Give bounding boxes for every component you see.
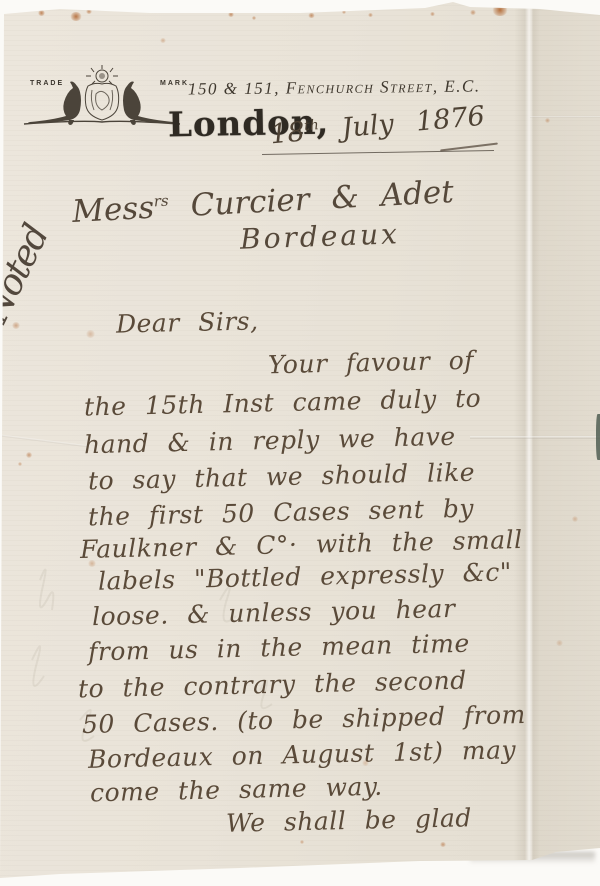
foxing-spot	[70, 12, 82, 21]
date-day-suffix: th	[303, 117, 319, 134]
recipient-company: Curcier & Adet	[190, 174, 455, 224]
foxing-spot	[572, 516, 578, 522]
foxing-spot	[362, 760, 369, 766]
body-line: come the same way.	[90, 772, 383, 808]
foxing-spot	[86, 330, 95, 338]
shield-cartouche	[85, 83, 118, 120]
foxing-spot	[440, 842, 446, 847]
diagonal-crease-left	[0, 435, 90, 448]
kangaroo-crest-icon	[22, 64, 182, 132]
body-line: hand & in reply we have	[84, 422, 456, 459]
foxing-spot	[492, 4, 508, 16]
foxing-spot	[12, 322, 20, 329]
right-edge-gap	[596, 414, 600, 460]
foxing-spot	[18, 462, 22, 466]
foxing-spot	[368, 13, 373, 17]
body-line: Your favour of	[268, 346, 475, 380]
trademark-crest: TRADE MARK.	[22, 64, 182, 132]
sun-icon	[86, 65, 118, 84]
fold-right-panel	[532, 0, 600, 886]
foxing-spot	[228, 12, 234, 17]
foxing-spot	[430, 12, 435, 16]
foxing-spot	[160, 38, 166, 43]
body-line: the 15th Inst came duly to	[84, 383, 482, 421]
recipient-prefix: Mess	[71, 190, 155, 230]
foxing-spot	[342, 10, 346, 14]
body-line: We shall be glad	[226, 803, 472, 838]
salutation: Dear Sirs,	[116, 306, 259, 338]
foxing-spot	[88, 560, 96, 567]
printed-date-rule	[262, 150, 494, 155]
recipient-city: Bordeaux	[239, 217, 400, 256]
body-line: to say that we should like	[88, 458, 476, 496]
letter-paper: TRADE MARK.	[0, 0, 600, 886]
kangaroo-icon-left	[28, 82, 81, 126]
foxing-spot	[556, 640, 563, 646]
horizontal-crease	[470, 436, 600, 439]
foxing-spot	[308, 13, 315, 18]
horizontal-crease-top	[530, 116, 600, 118]
date-day: 18	[269, 116, 306, 150]
body-line: the first 50 Cases sent by	[88, 494, 475, 532]
foxing-spot	[252, 16, 256, 20]
foxing-spot	[26, 452, 32, 458]
foxing-spot	[300, 840, 304, 844]
foxing-spot	[86, 9, 92, 14]
foxing-spot	[38, 10, 45, 16]
trade-label: TRADE	[30, 80, 64, 87]
vertical-fold-crease	[514, 0, 540, 886]
foxing-spot	[470, 10, 476, 15]
date-month-year: July 1876	[340, 101, 486, 144]
diagonal-annotation: Noted	[0, 219, 57, 329]
recipient-prefix-superscript: rs	[153, 192, 169, 211]
letterhead-address: 150 & 151, Fenchurch Street, E.C.	[188, 76, 481, 99]
photo-of-letter: { "colors": { "background": "#fbfaf7", "…	[0, 0, 600, 886]
foxing-spot	[545, 118, 550, 123]
